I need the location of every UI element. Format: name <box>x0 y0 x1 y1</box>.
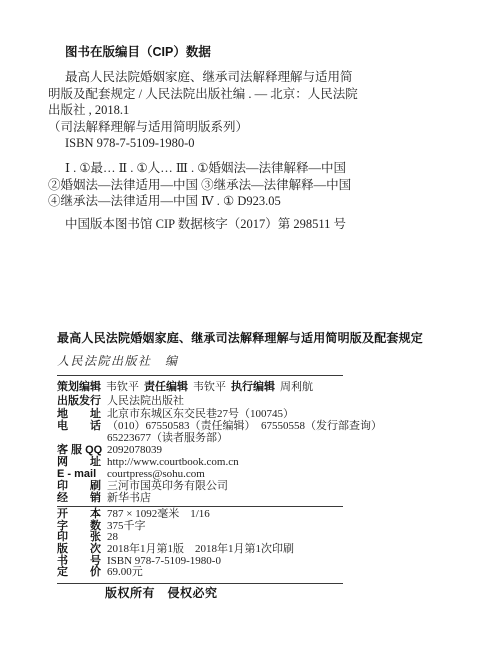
printing-info-rows: 开 本 787 × 1092毫米 1/16 字 数 375千字 印 张 28 版… <box>57 509 457 579</box>
cip-registry-number: 中国版本图书馆 CIP 数据核字（2017）第 298511 号 <box>48 216 393 232</box>
info-label: 网 址 <box>57 456 101 468</box>
info-label: 定 价 <box>57 567 101 579</box>
info-row-email: E - mail courtpress@sohu.com <box>57 468 457 480</box>
info-label: 出版发行 <box>57 395 101 407</box>
info-row-distributor: 经 销 新华书店 <box>57 492 457 504</box>
info-value: 65223677（读者服务部） <box>107 432 228 444</box>
publisher-info-rows: 出版发行 人民法院出版社 地 址 北京市东城区东交民巷27号（100745） 电… <box>57 395 457 504</box>
cip-description-line: 最高人民法院婚姻家庭、继承司法解释理解与适用简 <box>48 69 393 85</box>
info-value: 新华书店 <box>107 492 151 504</box>
cip-classification: Ⅰ . ①最… Ⅱ . ①人… Ⅲ . ①婚姻法—法律解释—中国 ②婚姻法—法律… <box>48 160 393 209</box>
info-value: http://www.courtbook.com.cn <box>107 456 239 468</box>
cip-block: 图书在版编目（CIP）数据 最高人民法院婚姻家庭、继承司法解释理解与适用简 明版… <box>48 44 393 232</box>
info-label: E - mail <box>57 468 101 480</box>
book-title: 最高人民法院婚姻家庭、继承司法解释理解与适用简明版及配套规定 <box>57 331 457 346</box>
info-label: 印 刷 <box>57 480 101 492</box>
copyright-page: 图书在版编目（CIP）数据 最高人民法院婚姻家庭、继承司法解释理解与适用简 明版… <box>0 0 482 652</box>
info-value: 2092078039 <box>107 444 162 456</box>
cip-description-line: 出版社 , 2018.1 <box>48 102 393 118</box>
colophon-block: 最高人民法院婚姻家庭、继承司法解释理解与适用简明版及配套规定 人民法院出版社 编… <box>57 331 457 601</box>
info-row-address: 地 址 北京市东城区东交民巷27号（100745） <box>57 408 457 420</box>
info-label: 地 址 <box>57 408 101 420</box>
info-row-publisher: 出版发行 人民法院出版社 <box>57 395 457 407</box>
editor-name: 韦钦平 <box>106 381 139 393</box>
info-value: 2018年1月第1版 2018年1月第1次印刷 <box>107 544 294 556</box>
editor-line: 人民法院出版社 编 <box>57 354 457 369</box>
cip-class-line: ④继承法—法律适用—中国 Ⅳ . ① D923.05 <box>48 193 393 209</box>
cip-isbn: ISBN 978-7-5109-1980-0 <box>48 135 393 151</box>
cip-class-line: Ⅰ . ①最… Ⅱ . ①人… Ⅲ . ①婚姻法—法律解释—中国 <box>48 160 393 176</box>
editor-role-label: 策划编辑 <box>57 381 101 393</box>
editor-role-label: 执行编辑 <box>231 381 275 393</box>
copyright-notice: 版权所有 侵权必究 <box>105 586 457 601</box>
info-label: 客 服 QQ <box>57 444 101 456</box>
info-label: 版 次 <box>57 544 101 556</box>
info-label: 电 话 <box>57 420 101 432</box>
info-row-website: 网 址 http://www.courtbook.com.cn <box>57 456 457 468</box>
info-value: 三河市国英印务有限公司 <box>107 480 228 492</box>
info-row-phone: 电 话 （010）67550583（责任编辑） 67550558（发行部查询） <box>57 420 457 432</box>
info-row-qq: 客 服 QQ 2092078039 <box>57 444 457 456</box>
editors-row: 策划编辑 韦钦平 责任编辑 韦钦平 执行编辑 周利航 <box>57 381 457 393</box>
cip-series: （司法解释理解与适用简明版系列） <box>48 119 393 135</box>
cip-description-line: 明版及配套规定 / 人民法院出版社编 . — 北京：人民法院 <box>48 86 393 102</box>
info-row-phone-continuation: 65223677（读者服务部） <box>57 432 457 444</box>
info-value: （010）67550583（责任编辑） 67550558（发行部查询） <box>107 420 382 432</box>
info-label: 经 销 <box>57 492 101 504</box>
editor-name: 韦钦平 <box>193 381 226 393</box>
print-row-edition: 版 次 2018年1月第1版 2018年1月第1次印刷 <box>57 544 457 556</box>
info-label <box>57 432 101 444</box>
print-row-price: 定 价 69.00元 <box>57 567 457 579</box>
divider-bottom <box>57 583 343 584</box>
cip-class-line: ②婚姻法—法律适用—中国 ③继承法—法律解释—中国 <box>48 177 393 193</box>
cip-heading: 图书在版编目（CIP）数据 <box>48 44 393 60</box>
info-value: 69.00元 <box>107 567 143 579</box>
divider-top <box>57 375 343 376</box>
info-row-printer: 印 刷 三河市国英印务有限公司 <box>57 480 457 492</box>
editor-name: 周利航 <box>280 381 313 393</box>
info-value: 北京市东城区东交民巷27号（100745） <box>107 408 294 420</box>
info-value: 人民法院出版社 <box>107 395 184 407</box>
editor-role-label: 责任编辑 <box>144 381 188 393</box>
info-value: courtpress@sohu.com <box>107 468 205 480</box>
